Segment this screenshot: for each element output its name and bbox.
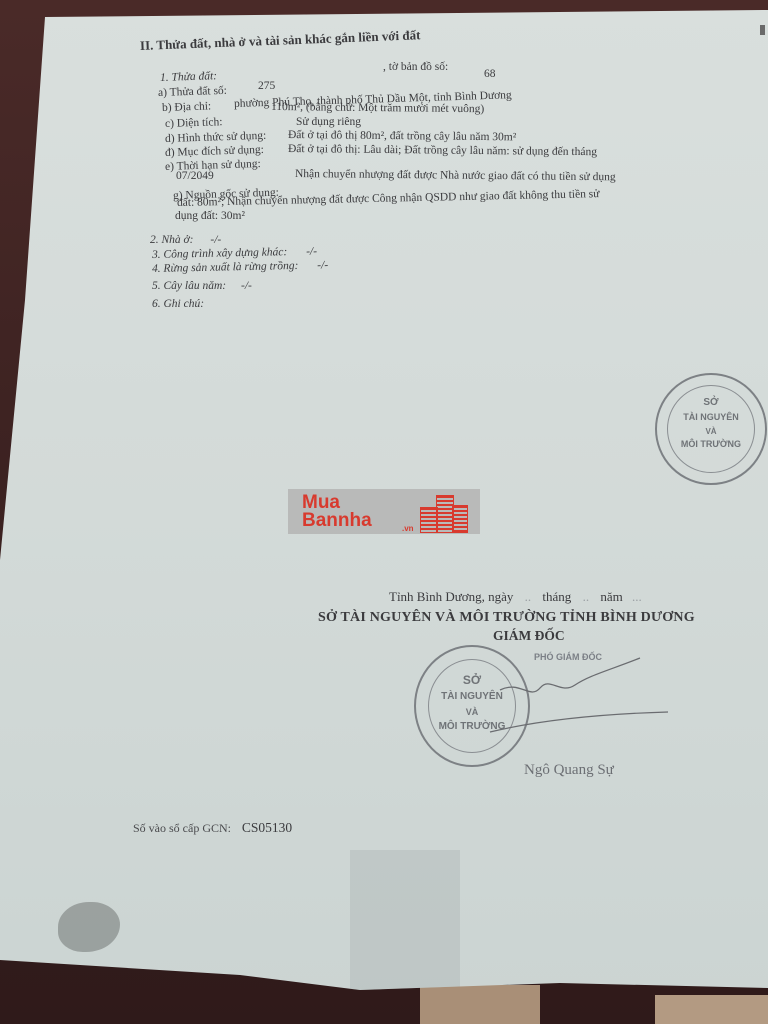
- item-label: 5. Cây lâu năm:: [152, 280, 226, 292]
- plot-number-value: 275: [258, 80, 275, 92]
- registry-label: Số vào sổ cấp GCN:: [133, 821, 231, 835]
- item-perennial-trees: 5. Cây lâu năm: -/-: [152, 280, 252, 292]
- area-label: c) Diện tích:: [165, 116, 223, 130]
- term-value-end: 07/2049: [176, 170, 214, 182]
- muabannha-watermark: Mua Bannha .vn: [288, 489, 480, 534]
- area-value: 110m², (bằng chữ: Một trăm mười mét vuôn…: [271, 101, 484, 115]
- item-house: 2. Nhà ở: -/-: [150, 234, 221, 246]
- registry-number: CS05130: [242, 820, 292, 835]
- term-value: Đất ở tại đô thị: Lâu dài; Đất trồng cây…: [288, 143, 597, 158]
- item-other-construction: 3. Công trình xây dựng khác: -/-: [152, 246, 317, 261]
- item-notes: 6. Ghi chú:: [152, 298, 204, 310]
- date-day: ..: [525, 589, 532, 604]
- seal-text: VÀ: [657, 427, 765, 436]
- seal-text: TÀI NGUYÊN: [657, 412, 765, 422]
- origin-value-line3: dụng đất: 30m²: [175, 210, 245, 222]
- item-value: -/-: [210, 234, 221, 246]
- item-planted-forest: 4. Rừng sản xuất là rừng trồng: -/-: [152, 259, 328, 275]
- year-label: năm: [600, 589, 622, 604]
- certificate-registry: Số vào sổ cấp GCN: CS05130: [133, 820, 292, 836]
- map-sheet-value: 68: [484, 68, 496, 80]
- address-label: b) Địa chỉ:: [162, 100, 212, 114]
- signer-name: Ngô Quang Sự: [524, 762, 614, 779]
- item-label: 6. Ghi chú:: [152, 298, 204, 310]
- seal-text: MÔI TRƯỜNG: [657, 439, 765, 449]
- signing-date: Tỉnh Bình Dương, ngày .. tháng .. năm ..…: [389, 589, 642, 605]
- purpose-label: đ) Mục đích sử dụng:: [165, 144, 264, 159]
- place-date-label: Tỉnh Bình Dương, ngày: [389, 589, 513, 604]
- land-plot-label: 1. Thửa đất:: [160, 70, 217, 84]
- map-sheet-label: , tờ bản đồ số:: [383, 61, 448, 73]
- date-month: ..: [583, 589, 590, 604]
- plot-number-label: a) Thửa đất số:: [158, 85, 227, 99]
- item-value: -/-: [241, 280, 252, 292]
- item-value: -/-: [306, 246, 317, 258]
- usage-form-value: Sử dụng riêng: [296, 116, 361, 128]
- official-seal-margin: SỞ TÀI NGUYÊN VÀ MÔI TRƯỜNG: [655, 373, 767, 485]
- edge-mark: [760, 25, 765, 35]
- building-icon: [452, 505, 468, 533]
- item-label: 4. Rừng sản xuất là rừng trồng:: [152, 260, 299, 275]
- month-label: tháng: [542, 589, 571, 604]
- section-heading: II. Thửa đất, nhà ở và tài sản khác gắn …: [140, 27, 421, 54]
- signer-title: GIÁM ĐỐC: [493, 628, 565, 644]
- usage-form-label: d) Hình thức sử dụng:: [165, 130, 267, 145]
- purpose-value: Đất ở tại đô thị 80m², đất trồng cây lâu…: [288, 129, 516, 143]
- watermark-text: Bannha: [302, 511, 372, 530]
- issuing-agency: SỞ TÀI NGUYÊN VÀ MÔI TRƯỜNG TỈNH BÌNH DƯ…: [318, 610, 695, 626]
- origin-value-line1: Nhận chuyển nhượng đất được Nhà nước gia…: [295, 168, 616, 183]
- item-label: 2. Nhà ở:: [150, 234, 194, 246]
- certificate-content: II. Thửa đất, nhà ở và tài sản khác gắn …: [0, 0, 768, 1024]
- handwritten-signature: [480, 650, 670, 740]
- date-year: ...: [632, 589, 642, 604]
- watermark-suffix: .vn: [402, 524, 414, 533]
- item-label: 3. Công trình xây dựng khác:: [152, 246, 288, 261]
- seal-text: SỞ: [657, 397, 765, 408]
- item-value: -/-: [317, 259, 328, 271]
